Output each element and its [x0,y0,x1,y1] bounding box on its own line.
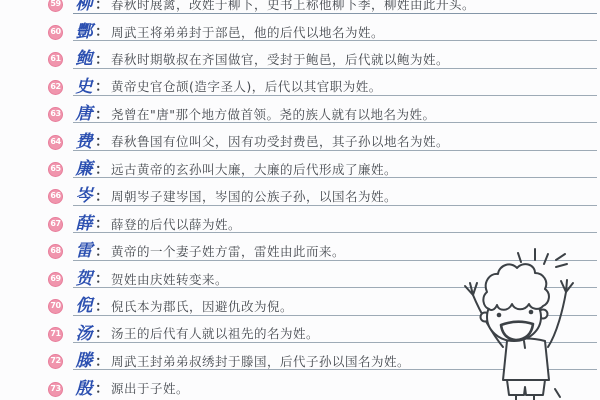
colon-separator: ： [95,53,109,67]
row-number-badge: 63 [48,107,63,122]
surname-character: 廉 [74,161,94,178]
colon-separator: ： [95,25,109,39]
row-number-badge: 60 [48,25,63,40]
colon-separator: ： [95,382,109,396]
colon-separator: ： [95,355,109,369]
row-divider [73,205,597,206]
row-number-badge: 71 [48,327,63,342]
colon-separator: ： [95,327,109,341]
surname-character: 唐 [74,106,94,123]
origin-text: 周武王将弟弟封于部邑，他的后代以地名为姓。 [111,26,384,40]
doodle-eye-right [529,310,534,315]
origin-text: 春秋时期敬叔在齐国做官，受封于鲍邑，后代就以鲍为姓。 [111,53,449,67]
surname-character: 史 [74,79,94,96]
doodle-hair [483,264,549,310]
cheering-boy-doodle [435,237,585,400]
doodle-right-arm [548,280,573,347]
surname-character: 岑 [74,188,94,205]
row-divider [73,13,597,15]
surname-character: 滕 [74,353,94,370]
colon-separator: ： [95,300,109,314]
list-row: 62 史 ： 黄帝史官仓颉(造字圣人)，后代以其官职为姓。 [0,73,600,101]
row-number-badge: 65 [48,162,63,177]
surname-character: 薛 [74,216,94,233]
origin-text: 汤王的后代有人就以祖先的名为姓。 [111,327,319,341]
origin-text: 周武王封弟弟叔绣封于滕国，后代子孙以国名为姓。 [111,355,410,369]
surname-character: 汤 [74,326,94,343]
row-divider [73,232,597,233]
list-row: 61 鲍 ： 春秋时期敬叔在齐国做官，受封于鲍邑，后代就以鲍为姓。 [0,46,600,74]
row-divider [73,150,597,151]
row-number-badge: 64 [48,135,63,150]
row-divider [73,95,597,96]
colon-separator: ： [95,163,109,177]
origin-text: 薛登的后代以薛为姓。 [111,218,241,232]
list-row: 63 唐 ： 尧曾在"唐"那个地方做首领。尧的族人就有以地名为姓。 [0,101,600,129]
colon-separator: ： [95,190,109,204]
surname-character: 雷 [74,243,94,260]
surname-character: 贺 [74,271,94,288]
doodle-eye-left [497,313,502,318]
origin-text: 贺姓由庆姓转变来。 [111,273,228,287]
origin-text: 黄帝的一个妻子姓方雷，雷姓由此而来。 [111,245,345,259]
origin-text: 春秋时展禽，改姓于柳下，史书上称他柳下季，柳姓由此开头。 [111,0,475,12]
list-row: 65 廉 ： 远古黄帝的玄孙叫大廉，大廉的后代形成了廉姓。 [0,156,600,184]
row-number-badge: 70 [48,299,63,314]
colon-separator: ： [95,245,109,259]
row-number-badge: 66 [48,189,63,204]
row-divider [73,122,597,123]
row-divider [73,40,597,41]
colon-separator: ： [95,80,109,94]
doodle-legs [507,380,560,400]
surname-character: 酆 [74,24,94,41]
row-divider [73,177,597,178]
row-number-badge: 67 [48,217,63,232]
row-number-badge: 68 [48,244,63,259]
row-number-badge: 72 [48,354,63,369]
colon-separator: ： [95,217,109,231]
list-row: 60 酆 ： 周武王将弟弟封于部邑，他的后代以地名为姓。 [0,18,600,46]
list-row: 64 费 ： 春秋鲁国有位叫父，因有功受封费邑，其子孙以地名为姓。 [0,128,600,156]
document-page: 59 柳 ： 春秋时展禽，改姓于柳下，史书上称他柳下季，柳姓由此开头。 60 酆… [0,0,600,400]
surname-character: 倪 [74,298,94,315]
list-row: 66 岑 ： 周朝岑子建岑国，岑国的公族子孙，以国名为姓。 [0,183,600,211]
row-number-badge: 62 [48,80,63,95]
surname-character: 殷 [74,381,94,398]
origin-text: 源出于子姓。 [111,382,189,396]
row-number-badge: 69 [48,272,63,287]
colon-separator: ： [95,135,109,149]
row-number-badge: 61 [48,52,63,67]
list-row: 59 柳 ： 春秋时展禽，改姓于柳下，史书上称他柳下季，柳姓由此开头。 [0,0,600,19]
colon-separator: ： [95,0,109,12]
origin-text: 远古黄帝的玄孙叫大廉，大廉的后代形成了廉姓。 [111,163,397,177]
row-number-badge: 73 [48,382,63,397]
origin-text: 春秋鲁国有位叫父，因有功受封费邑，其子孙以地名为姓。 [111,135,449,149]
row-divider [73,68,597,69]
colon-separator: ： [95,272,109,286]
surname-character: 费 [74,134,94,151]
surname-character: 鲍 [74,51,94,68]
surname-character: 柳 [74,0,94,13]
origin-text: 倪氏本为郡氏，因避仇改为倪。 [111,300,293,314]
origin-text: 黄帝史官仓颉(造字圣人)，后代以其官职为姓。 [111,80,382,94]
list-row: 67 薛 ： 薛登的后代以薛为姓。 [0,210,600,238]
colon-separator: ： [95,108,109,122]
row-number-badge: 59 [48,0,63,12]
origin-text: 周朝岑子建岑国，岑国的公族子孙，以国名为姓。 [111,190,397,204]
doodle-body [503,339,549,381]
origin-text: 尧曾在"唐"那个地方做首领。尧的族人就有以地名为姓。 [111,108,436,122]
